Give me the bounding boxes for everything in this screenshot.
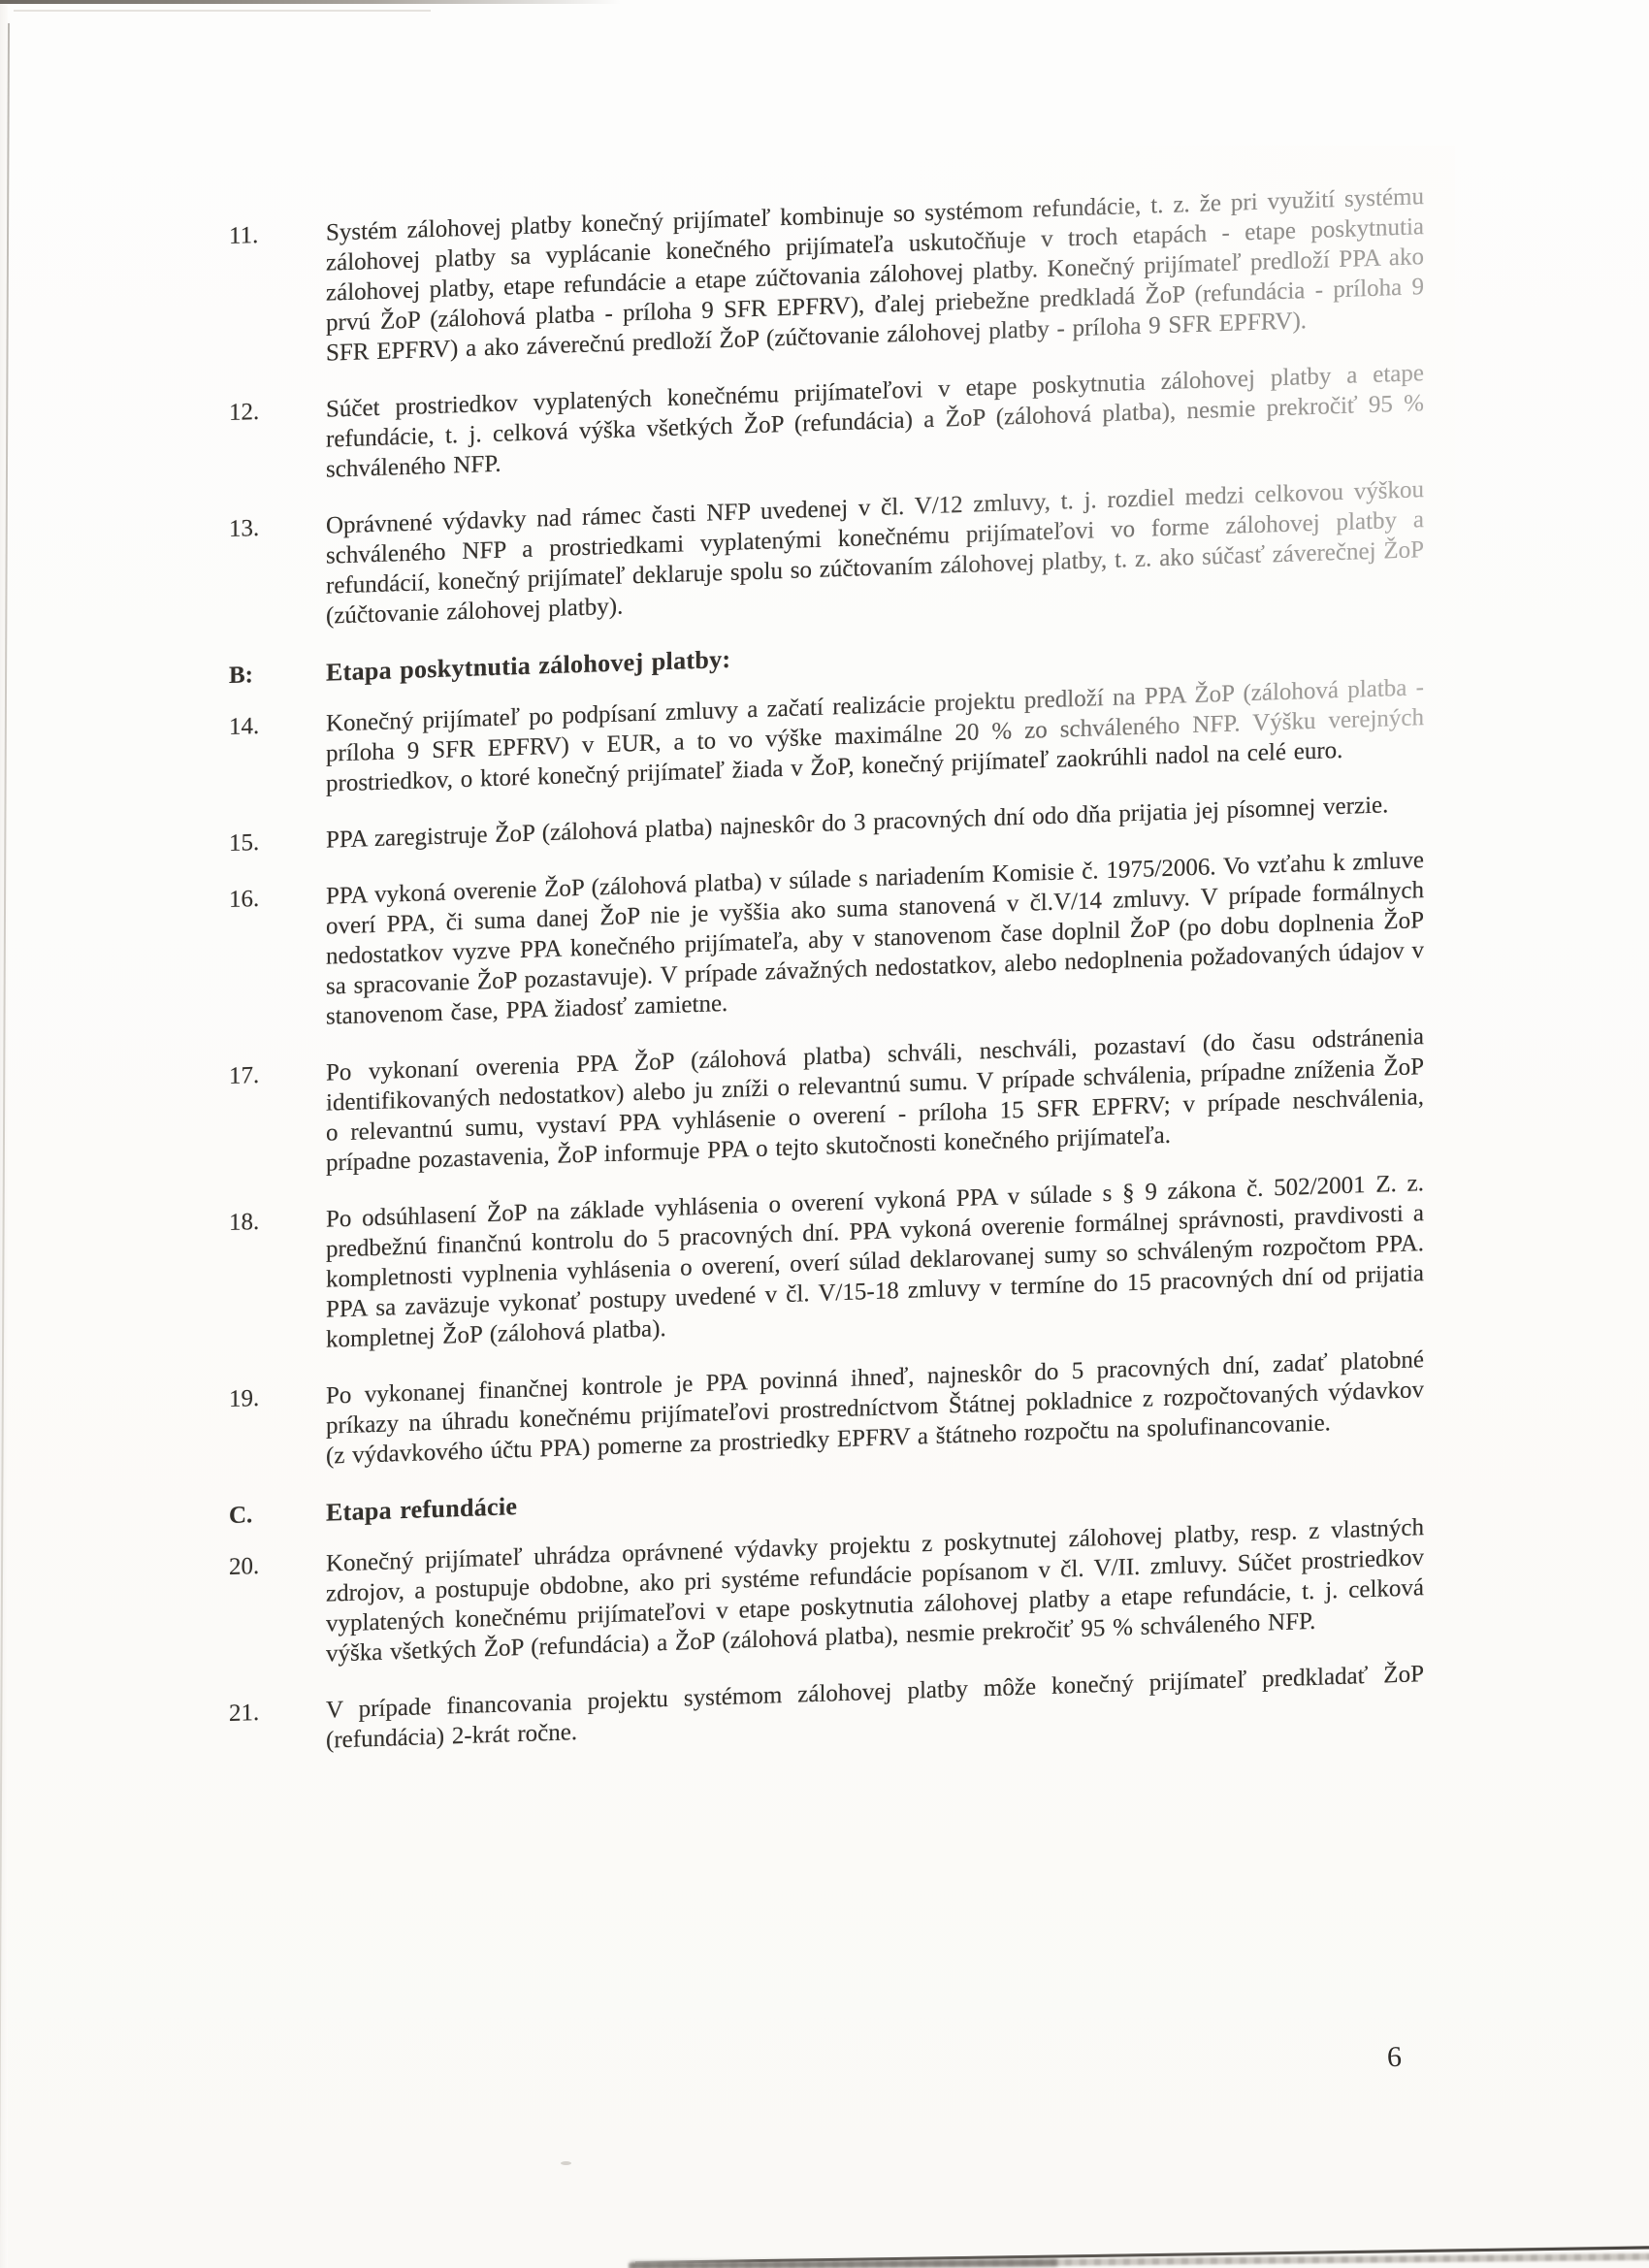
paragraph-number: 20. — [229, 1549, 326, 1672]
paragraph-text: Konečný prijímateľ uhrádza oprávnené výd… — [326, 1512, 1424, 1669]
paragraph-text: Po vykonanej finančnej kontrole je PPA p… — [326, 1345, 1424, 1472]
paragraph-row: 17.Po vykonaní overenia PPA ŽoP (zálohov… — [229, 1021, 1424, 1182]
paragraph-number: 12. — [229, 395, 326, 488]
scan-top-edge-dark — [0, 0, 621, 4]
paragraph-row: 21.V prípade financovania projektu systé… — [229, 1659, 1424, 1759]
paragraph-row: 20.Konečný prijímateľ uhrádza oprávnené … — [229, 1512, 1424, 1672]
paragraph-number: 14. — [229, 709, 326, 802]
page-number: 6 — [1387, 2041, 1403, 2074]
paragraph-text: Po odsúhlasení ŽoP na základe vyhlásenia… — [326, 1168, 1424, 1355]
paragraph-row: 16.PPA vykoná overenie ŽoP (zálohová pla… — [229, 845, 1424, 1035]
paragraph-text: Súčet prostriedkov vyplatených konečnému… — [326, 358, 1424, 485]
scan-top-edge-faint — [14, 10, 431, 12]
paragraph-text: PPA vykoná overenie ŽoP (zálohová platba… — [326, 845, 1424, 1032]
paragraph-text: Systém zálohovej platby konečný prijímat… — [326, 181, 1424, 369]
paragraph-number: 16. — [229, 882, 326, 1035]
paragraph-number: 19. — [229, 1381, 326, 1474]
paragraph-row: 13.Oprávnené výdavky nad rámec časti NFP… — [229, 474, 1424, 634]
section-letter: B: — [229, 658, 326, 691]
paragraph-row: 15.PPA zaregistruje ŽoP (zálohová platba… — [229, 789, 1424, 859]
paragraph-number: 21. — [229, 1696, 326, 1759]
paragraph-text: Konečný prijímateľ po podpísaní zmluvy a… — [326, 672, 1424, 799]
paragraph-text: Oprávnené výdavky nad rámec časti NFP uv… — [326, 474, 1424, 632]
paragraph-row: 19.Po vykonanej finančnej kontrole je PP… — [229, 1345, 1424, 1474]
scanned-document-page: { "page": { "number": "6", "ink_color": … — [0, 0, 1649, 2268]
paragraph-row: 18.Po odsúhlasení ŽoP na základe vyhláse… — [229, 1168, 1424, 1358]
paragraph-text: Po vykonaní overenia PPA ŽoP (zálohová p… — [326, 1021, 1424, 1179]
paragraph-row: 12.Súčet prostriedkov vyplatených konečn… — [229, 358, 1424, 488]
paragraph-text: PPA zaregistruje ŽoP (zálohová platba) n… — [326, 789, 1424, 856]
paragraph-number: 18. — [229, 1205, 326, 1358]
paragraph-row: 11.Systém zálohovej platby konečný prijí… — [229, 181, 1424, 372]
paragraph-number: 17. — [229, 1058, 326, 1182]
section-letter: C. — [229, 1498, 326, 1531]
paragraph-text: V prípade financovania projektu systémom… — [326, 1659, 1424, 1756]
paragraph-number: 13. — [229, 511, 326, 634]
document-content: 11.Systém zálohovej platby konečný prijí… — [229, 181, 1424, 1785]
paragraph-number: 15. — [229, 826, 326, 859]
paper-speck — [561, 2161, 571, 2165]
paragraph-number: 11. — [229, 218, 326, 372]
paragraph-row: 14.Konečný prijímateľ po podpísaní zmluv… — [229, 672, 1424, 802]
